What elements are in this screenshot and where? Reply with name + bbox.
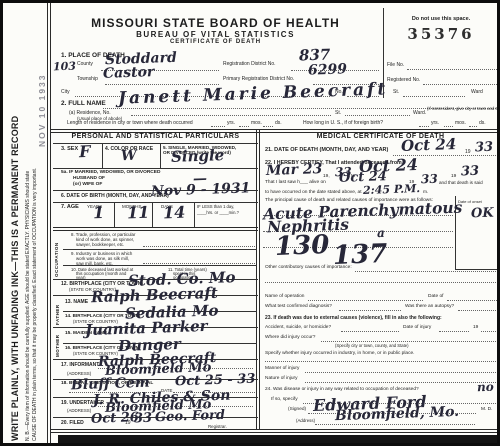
fill-line: [423, 84, 497, 85]
certificate-number: 35376: [385, 25, 497, 43]
received-date-stamp: NOV 10 1933: [37, 85, 47, 147]
residence-st-label: St.: [335, 110, 341, 116]
undertaker-address-label: (ADDRESS): [67, 408, 91, 413]
injury-place-note: Specify whether injury occurred in indus…: [265, 351, 415, 356]
injury-19-label: 19: [473, 325, 478, 330]
father-side-label: FATHER: [55, 297, 60, 325]
signed-label: (Signed): [288, 407, 306, 412]
occ10-line3: year): [76, 275, 86, 280]
ds-label: ds.: [275, 120, 282, 126]
fill-line: [308, 300, 423, 301]
filed-label: 20. FILED: [61, 420, 84, 426]
time-of-death-value: 2:45 P.M.: [363, 182, 421, 197]
filed-year-value: 33: [134, 411, 153, 427]
section-divider: [53, 227, 258, 231]
fill-line: [265, 361, 498, 362]
nature-of-injury-label: Nature of injury: [265, 376, 298, 381]
external-causes-label: 23. If death was due to external causes …: [265, 315, 442, 321]
date-of-death-value: Oct 24: [401, 135, 457, 155]
medical-heading: MEDICAL CERTIFICATE OF DEATH: [261, 133, 500, 140]
fill-line: [143, 263, 255, 264]
yrs-label: yrs.: [227, 120, 235, 126]
informant-address-label: (ADDRESS): [67, 371, 91, 376]
length-of-residence-label: Length of residence in city or town wher…: [67, 120, 193, 126]
age-label: 7. AGE: [61, 204, 79, 210]
onset-value: OK: [471, 206, 494, 222]
rule: [152, 202, 153, 228]
rule: [194, 202, 195, 228]
cause-code-1: 130: [274, 230, 329, 262]
rule: [114, 202, 115, 228]
fill-line: [315, 424, 475, 425]
where-injury-label: Where did injury occur?: [265, 335, 315, 340]
md-label: M. D.: [481, 407, 492, 412]
rule: [160, 144, 161, 168]
personal-heading: PERSONAL AND STATISTICAL PARTICULARS: [53, 133, 258, 140]
fill-line: [447, 300, 497, 301]
fill-line: [403, 96, 465, 97]
attended-from-value: Mar 23: [266, 161, 323, 179]
county-label: County: [77, 61, 93, 67]
fill-line: [143, 246, 255, 247]
registered-no-label: Registered No.: [387, 77, 420, 83]
fill-line: [263, 126, 273, 127]
fill-line: [458, 310, 498, 311]
death-certificate-scan: WRITE PLAINLY, WITH UNFADING INK—THIS IS…: [0, 0, 500, 446]
ds-label-2: ds.: [479, 120, 486, 126]
yrs-label-2: yrs.: [431, 120, 439, 126]
township-value: Castor: [103, 64, 155, 82]
sex-label: 3. SEX: [61, 146, 78, 152]
date-of-birth-value: Nov 9 - 1931: [151, 180, 251, 199]
city-label: City: [61, 89, 70, 95]
fill-line: [444, 126, 453, 127]
marital-value: Single: [171, 146, 225, 166]
spouse-label-3: (or) WIFE OF: [73, 182, 102, 187]
race-value: W: [121, 148, 137, 165]
mos-label: mos.: [251, 120, 262, 126]
from-19-label: 19,: [323, 174, 330, 179]
if-so-specify-label: If so, specify: [271, 397, 298, 402]
operation-date-label: Date of: [428, 294, 443, 299]
fill-line: [407, 69, 497, 70]
cause-code-2: 137: [332, 239, 387, 271]
residence-ward-label: Ward.: [413, 110, 426, 116]
occurred-label: to have occurred on the date stated abov…: [265, 190, 362, 195]
fill-line: [419, 126, 429, 127]
code-value: 103: [53, 60, 76, 74]
to-year-value: 33: [461, 164, 480, 180]
fill-line: [345, 115, 410, 116]
township-label: Township: [77, 76, 98, 82]
informant-label: 17. INFORMANT: [61, 362, 99, 368]
margin-note-line1: N. B.—Every item of information should b…: [25, 11, 31, 441]
fill-line: [469, 126, 477, 127]
mos-label-2: mos.: [455, 120, 466, 126]
file-no-label: File No.: [387, 62, 404, 68]
nonresident-note: (If nonresident, give city or town and S…: [427, 106, 500, 111]
ward-label: Ward: [471, 89, 483, 95]
manner-of-injury-label: Manner of injury: [265, 366, 299, 371]
autopsy-label: Was there an autopsy?: [405, 304, 454, 309]
age-months-value: 11: [127, 203, 150, 223]
filed-date-value: Oct 26: [91, 410, 139, 427]
bureau-subtitle: BUREAU OF VITAL STATISTICS: [53, 30, 378, 39]
last-saw-year-value: 33: [421, 172, 438, 187]
full-name-label: 2. FULL NAME: [61, 100, 106, 107]
fill-line: [131, 115, 331, 116]
foreign-birth-label: How long in U. S., if of foreign birth?: [303, 120, 383, 126]
fill-line: [439, 331, 469, 332]
occ8-line3: sawyer, bookkeeper, etc.: [76, 242, 124, 247]
to-19-label: 19: [451, 174, 456, 179]
fill-line: [239, 126, 249, 127]
bottom-divider: [50, 429, 500, 433]
fill-line: [339, 310, 401, 311]
dod-19-label: 19: [465, 149, 471, 155]
occupation-related-value: no: [477, 380, 494, 395]
where-injury-note: (Specify city or town, county, and State…: [335, 343, 408, 348]
fill-line: [481, 331, 498, 332]
operation-label: Name of operation: [265, 294, 304, 299]
last-saw-label: That I last saw h___ alive on: [265, 180, 326, 185]
rule: [455, 269, 500, 270]
burial-date-value: Oct 25 - 33: [175, 372, 256, 390]
fill-line: [305, 372, 498, 373]
registrar-label: Registrar.: [208, 424, 227, 429]
age-years-value: 1: [93, 203, 105, 222]
fill-line: [265, 282, 498, 283]
primary-district-value: 6299: [308, 61, 348, 78]
father-name-label: 13. NAME: [65, 299, 88, 305]
spouse-label-2: HUSBAND OF: [73, 176, 105, 181]
age-days-value: 14: [163, 203, 186, 223]
cause-code-superscript: a: [377, 226, 385, 240]
date-of-death-label: 21. DATE OF DEATH (MONTH, DAY, AND YEAR): [265, 147, 388, 153]
occ9-line3: saw mill, bank, etc.: [76, 261, 113, 266]
registration-district-label: Registration District No.: [223, 61, 276, 67]
margin-warning: WRITE PLAINLY, WITH UNFADING INK—THIS IS…: [10, 11, 20, 441]
address-label: (Address): [296, 418, 315, 423]
board-title: MISSOURI STATE BOARD OF HEALTH: [53, 16, 378, 30]
registrar-signature: Geo. Ford: [155, 408, 225, 425]
spouse-label-1: 5a. IF MARRIED, WIDOWED, OR DIVORCED: [61, 170, 160, 175]
fill-line: [341, 331, 399, 332]
accident-label: Accident, suicide, or homicide?: [265, 325, 331, 330]
if-less-label-2: ____hrs. or ____min.?: [197, 210, 239, 215]
occupation-side-label: OCCUPATION: [54, 231, 59, 277]
scan-artifact-bar: [58, 435, 500, 444]
st-label: St.: [393, 89, 399, 95]
do-not-use-note: Do not use this space.: [385, 16, 497, 22]
death-said-label: and that death is said: [439, 180, 483, 185]
injury-date-label: Date of injury: [403, 325, 431, 330]
test-label: What test confirmed diagnosis?: [265, 304, 332, 309]
rule: [53, 202, 258, 203]
fill-line: [355, 271, 498, 272]
margin-divider: [47, 3, 51, 443]
rule: [53, 168, 258, 169]
mother-side-label: MOTHER: [55, 329, 60, 357]
fill-line: [321, 341, 498, 342]
m-label: m.: [423, 190, 428, 195]
fill-line: [211, 126, 225, 127]
sex-value: F: [79, 142, 91, 161]
primary-district-label: Primary Registration District No.: [223, 76, 294, 82]
if-less-label-1: IF LESS than 1 day,: [197, 204, 234, 209]
occupation-related-label: 24. Was disease or injury in any way rel…: [265, 387, 419, 392]
certificate-subtitle: CERTIFICATE OF DEATH: [53, 39, 378, 45]
physician-address-value: Bloomfield, Mo.: [335, 404, 460, 424]
dod-year-value: 33: [475, 140, 494, 156]
rule: [102, 144, 103, 168]
fill-line: [305, 382, 498, 383]
rule: [63, 249, 257, 250]
